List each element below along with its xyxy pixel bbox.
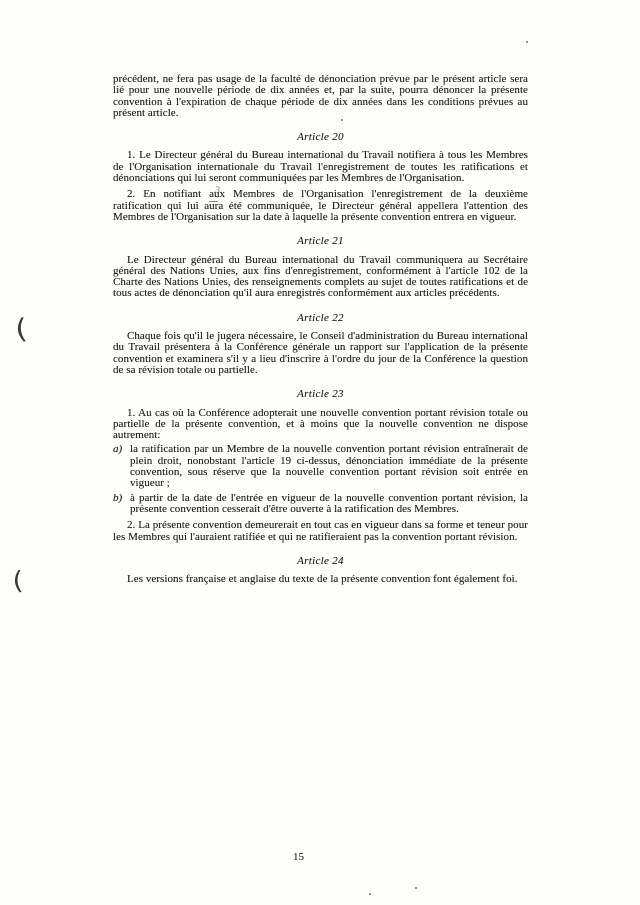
list-item-text: la ratification par un Membre de la nouv… <box>130 443 528 489</box>
page-number: 15 <box>293 851 304 863</box>
article-heading: Article 20 <box>113 132 528 143</box>
handwritten-margin-mark: ( <box>12 566 24 596</box>
body-paragraph: Chaque fois qu'il le jugera nécessaire, … <box>113 331 528 376</box>
body-paragraph: 1. Au cas où la Conférence adopterait un… <box>113 408 528 442</box>
list-item: a)la ratification par un Membre de la no… <box>113 444 528 489</box>
body-paragraph: 2. En notifiant aux Membres de l'Organis… <box>113 189 528 223</box>
handwritten-margin-mark: ( <box>14 314 29 346</box>
body-paragraph: précédent, ne fera pas usage de la facul… <box>113 74 528 119</box>
scan-speck <box>415 887 417 889</box>
document-text-column: précédent, ne fera pas usage de la facul… <box>113 74 528 585</box>
scan-speck <box>341 119 343 121</box>
body-paragraph: Les versions française et anglaise du te… <box>113 574 528 585</box>
scan-speck <box>526 41 528 43</box>
scanned-document-page: précédent, ne fera pas usage de la facul… <box>0 0 640 905</box>
article-heading: Article 21 <box>113 236 528 247</box>
list-item: b)à partir de la date de l'entrée en vig… <box>113 493 528 516</box>
list-item-label: a) <box>113 444 122 455</box>
handwritten-dash-mark <box>209 201 218 202</box>
list-item-label: b) <box>113 493 122 504</box>
scan-speck <box>369 893 371 895</box>
body-paragraph: Le Directeur général du Bureau internati… <box>113 255 528 300</box>
body-paragraph: 2. La présente convention demeurerait en… <box>113 520 528 543</box>
article-heading: Article 24 <box>113 556 528 567</box>
article-heading: Article 23 <box>113 389 528 400</box>
list-item-text: à partir de la date de l'entrée en vigue… <box>130 492 528 515</box>
body-paragraph: 1. Le Directeur général du Bureau intern… <box>113 150 528 184</box>
article-heading: Article 22 <box>113 313 528 324</box>
